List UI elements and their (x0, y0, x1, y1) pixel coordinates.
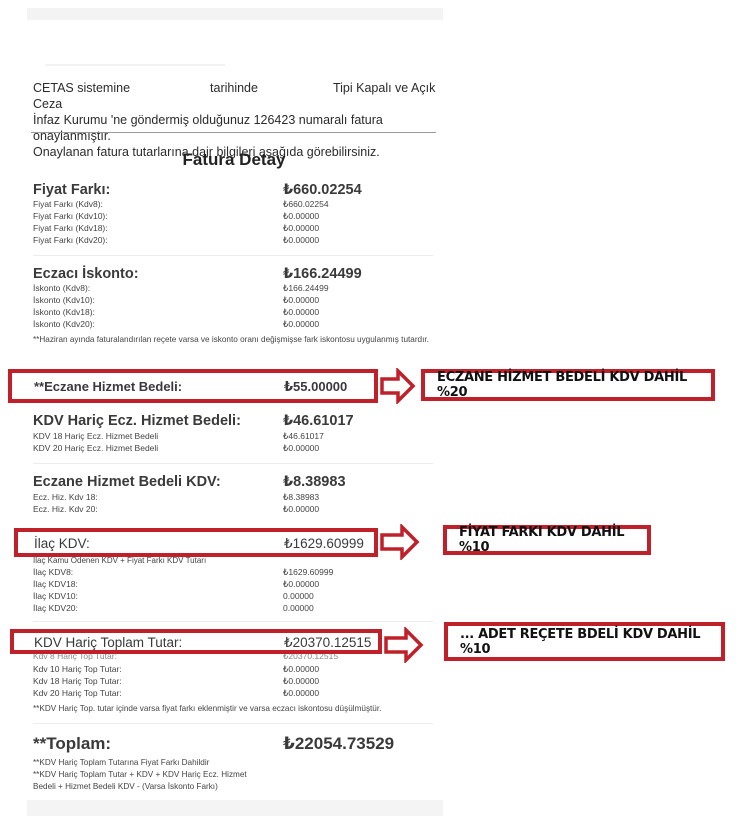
row-value: 0.00000 (283, 591, 314, 601)
fiyat-farki-value: ₺660.02254 (283, 182, 362, 198)
arrow-right-icon (380, 368, 416, 404)
row-label: Fiyat Farkı (Kdv8): (33, 199, 103, 209)
row-label: Fiyat Farkı (Kdv20): (33, 235, 108, 245)
eczane-hizmet-label: **Eczane Hizmet Bedeli: (34, 379, 182, 394)
iskonto-note: **Haziran ayında faturalandırılan reçete… (33, 334, 438, 345)
row-value: 0.00000 (283, 603, 314, 613)
intro-text: CETAS sisteminetarihindeTipi Kapalı ve A… (33, 80, 453, 160)
toplam-label: **Toplam: (33, 734, 111, 754)
faded-line (45, 64, 225, 66)
annotation-kdv-haric-toplam: ... ADET REÇETE BDELİ KDV DAHİL %10 (444, 622, 725, 661)
row-value: ₺0.00000 (283, 579, 319, 590)
intro-line1-b: tarihinde (210, 81, 258, 95)
eczane-hizmet-value: ₺55.00000 (284, 379, 347, 395)
row-value: ₺0.00000 (283, 307, 319, 318)
toplam-note: **KDV Hariç Toplam Tutarına Fiyat Farkı … (33, 757, 209, 768)
kdv-haric-ecz-label: KDV Hariç Ecz. Hizmet Bedeli: (33, 413, 241, 429)
eczaci-iskonto-value: ₺166.24499 (283, 266, 362, 282)
row-label: İlaç KDV18: (33, 579, 78, 589)
row-value: ₺0.00000 (283, 295, 319, 306)
row-label: Kdv 10 Hariç Top Tutar: (33, 664, 122, 674)
eczane-hizmet-kdv-value: ₺8.38983 (283, 474, 346, 490)
intro-line1-a: CETAS sistemine (33, 81, 130, 95)
row-value: ₺0.00000 (283, 319, 319, 330)
row-label: Kdv 18 Hariç Top Tutar: (33, 676, 122, 686)
page-title: Fatura Detay (0, 150, 468, 170)
row-value: ₺660.02254 (283, 199, 329, 210)
row-value: ₺46.61017 (283, 431, 324, 442)
section-separator (33, 723, 433, 724)
arrow-right-icon (384, 627, 424, 663)
row-label: Fiyat Farkı (Kdv18): (33, 223, 108, 233)
kdv-haric-ecz-value: ₺46.61017 (283, 413, 354, 429)
row-label: İlaç KDV8: (33, 567, 73, 577)
ilac-kdv-value: ₺1629.60999 (284, 536, 364, 552)
row-value: ₺1629.60999 (283, 567, 333, 578)
divider (31, 132, 436, 133)
intro-line2: İnfaz Kurumu 'ne göndermiş olduğunuz 126… (33, 112, 453, 144)
row-label: İskonto (Kdv10): (33, 295, 95, 305)
kdv-haric-toplam-note: **KDV Hariç Top. tutar içinde varsa fiya… (33, 703, 443, 714)
section-separator (33, 463, 433, 464)
row-value: ₺8.38983 (283, 492, 319, 503)
toplam-value: ₺22054.73529 (283, 734, 394, 754)
highlight-box-kdv-haric-toplam: KDV Hariç Toplam Tutar: ₺20370.12515 (10, 629, 382, 654)
section-separator (33, 621, 433, 622)
row-value: ₺166.24499 (283, 283, 329, 294)
fiyat-farki-label: Fiyat Farkı: (33, 182, 110, 198)
highlight-box-ilac-kdv: İlaç KDV: ₺1629.60999 (14, 528, 378, 557)
ilac-kdv-subtitle: İlaç Kamu Ödenen KDV + Fiyat Farkı KDV T… (33, 556, 206, 565)
annotation-eczane-hizmet: ECZANE HİZMET BEDELİ KDV DAHİL %20 (421, 369, 715, 401)
row-label: Kdv 20 Hariç Top Tutar: (33, 688, 122, 698)
row-value: ₺0.00000 (283, 664, 319, 675)
arrow-right-icon (380, 524, 420, 560)
annotation-ilac-kdv: FİYAT FARKI KDV DAHİL %10 (443, 525, 651, 555)
row-label: Ecz. Hiz. Kdv 20: (33, 504, 98, 514)
section-separator (33, 255, 433, 256)
row-label: İlaç KDV20: (33, 603, 78, 613)
toplam-note: Bedeli + Hizmet Bedeli KDV - (Varsa İsko… (33, 781, 218, 792)
kdv-haric-toplam-value: ₺20370.12515 (284, 635, 371, 651)
eczane-hizmet-kdv-label: Eczane Hizmet Bedeli KDV: (33, 474, 221, 490)
row-label: İskonto (Kdv20): (33, 319, 95, 329)
row-label: Fiyat Farkı (Kdv10): (33, 211, 108, 221)
row-label: Ecz. Hiz. Kdv 18: (33, 492, 98, 502)
highlight-box-outline: **Eczane Hizmet Bedeli: ₺55.00000 (8, 369, 378, 403)
row-value: ₺0.00000 (283, 443, 319, 454)
row-label: KDV 20 Hariç Ecz. Hizmet Bedeli (33, 443, 158, 453)
row-value: ₺0.00000 (283, 235, 319, 246)
row-label: İskonto (Kdv8): (33, 283, 90, 293)
row-label: İskonto (Kdv18): (33, 307, 95, 317)
ilac-kdv-label: İlaç KDV: (34, 536, 90, 551)
row-value: ₺0.00000 (283, 223, 319, 234)
toplam-note: **KDV Hariç Toplam Tutar + KDV + KDV Har… (33, 769, 247, 780)
row-value: ₺0.00000 (283, 504, 319, 515)
row-value: ₺0.00000 (283, 688, 319, 699)
footer-panel (27, 800, 443, 816)
row-label: KDV 18 Hariç Ecz. Hizmet Bedeli (33, 431, 158, 441)
row-value: ₺0.00000 (283, 211, 319, 222)
row-value: ₺0.00000 (283, 676, 319, 687)
eczaci-iskonto-label: Eczacı İskonto: (33, 266, 139, 282)
kdv-haric-toplam-label: KDV Hariç Toplam Tutar: (34, 635, 182, 650)
top-bar (27, 8, 443, 20)
row-label: İlaç KDV10: (33, 591, 78, 601)
